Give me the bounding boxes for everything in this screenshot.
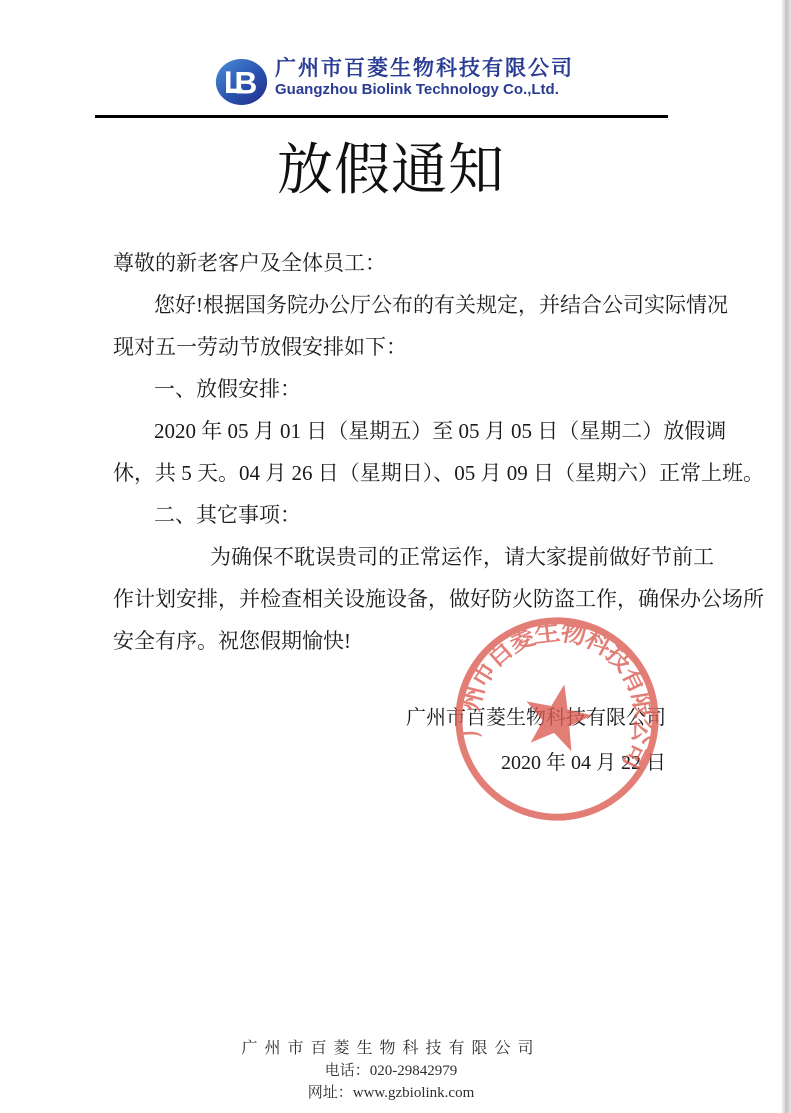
section-2-heading: 二、其它事项： xyxy=(113,494,674,536)
logo-letter: B xyxy=(234,64,257,100)
footer-phone: 电话：020-29842979 xyxy=(0,1060,782,1082)
notes-line-2: 作计划安排，并检查相关设施设备，做好防火防盗工作，确保办公场所 xyxy=(113,578,674,620)
footer-company-name: 广州市百菱生物科技有限公司 xyxy=(0,1038,782,1060)
holiday-dates-line-1: 2020 年 05 月 01 日（星期五）至 05 月 05 日（星期二）放假调 xyxy=(113,410,674,452)
intro-line-1: 您好!根据国务院办公厅公布的有关规定，并结合公司实际情况 xyxy=(113,284,674,326)
company-name-cn: 广州市百菱生物科技有限公司 xyxy=(275,55,574,81)
notice-body: 尊敬的新老客户及全体员工： 您好!根据国务院办公厅公布的有关规定，并结合公司实际… xyxy=(113,242,674,662)
footer-website: 网址：www.gzbiolink.com xyxy=(0,1082,782,1104)
letterhead: B 广州市百菱生物科技有限公司 Guangzhou Biolink Techno… xyxy=(215,55,574,107)
biolink-logo-icon: B xyxy=(215,57,268,107)
signature-company: 广州市百菱生物科技有限公司 xyxy=(113,701,666,730)
page-footer: 广州市百菱生物科技有限公司 电话：020-29842979 网址：www.gzb… xyxy=(0,1038,782,1104)
letterhead-text: 广州市百菱生物科技有限公司 Guangzhou Biolink Technolo… xyxy=(275,55,574,98)
notes-line-3: 安全有序。祝您假期愉快! xyxy=(113,620,674,662)
salutation-line: 尊敬的新老客户及全体员工： xyxy=(113,242,674,284)
section-1-heading: 一、放假安排： xyxy=(113,368,674,410)
notice-document-page: B 广州市百菱生物科技有限公司 Guangzhou Biolink Techno… xyxy=(0,0,791,1113)
notice-title: 放假通知 xyxy=(0,126,782,206)
intro-line-2: 现对五一劳动节放假安排如下： xyxy=(113,326,674,368)
holiday-dates-line-2: 休，共 5 天。04 月 26 日（星期日）、05 月 09 日（星期六）正常上… xyxy=(113,452,674,494)
letterhead-divider xyxy=(95,115,668,118)
signature-date: 2020 年 04 月 22 日 xyxy=(113,746,666,775)
company-name-en: Guangzhou Biolink Technology Co.,Ltd. xyxy=(275,81,574,98)
page-edge-shadow xyxy=(781,0,791,1113)
notes-line-1: 为确保不耽误贵司的正常运作，请大家提前做好节前工 xyxy=(113,536,674,578)
